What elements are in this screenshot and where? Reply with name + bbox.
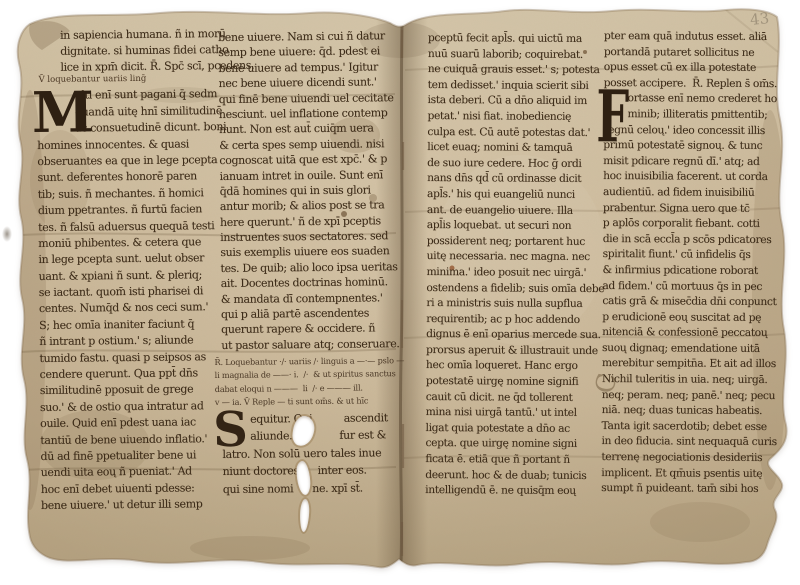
text-line: ligat quia potestate a dn̄o ac [426, 420, 600, 437]
text-line: nitenciā & confessionē peccatoų [602, 324, 788, 341]
column-lines: ulti enī sunt pagani q̄ sedmquandā uitę … [37, 87, 217, 515]
text-line: equitur. Qui ascendit [250, 409, 402, 428]
text-line: li magnalia de ——· i. /· & ut spiritus s… [215, 367, 402, 382]
text-line: ianuam intret in ouile. Sunt enī [219, 167, 399, 184]
text-line: moniū phibentes. & cetera que [38, 234, 214, 252]
text-line: pceptū fecit apl̄s. qui uictū ma [428, 30, 602, 47]
text-line: ñ intrant p ostium.' s; aliunde [39, 332, 215, 350]
text-line: mina nisi uirgā tantū.' ut intel [426, 404, 600, 421]
text-line: terrenę negociationis desideriis [601, 449, 787, 466]
text-line: ac consuetudinē dicunt. boni [75, 119, 213, 137]
text-line: ant. de euangelio uiuere. Illa [427, 202, 601, 219]
text-line: Nichil tuleritis in uia. neq; uirgā. [602, 371, 788, 388]
text-line: sunt. deferentes honorē paren [37, 168, 213, 186]
text-line: ut pastor saluare atq; conseruare. [221, 336, 401, 353]
folio-number: 43 [749, 9, 770, 29]
text-line: petat.' nisi fiat. inobediencię [427, 108, 601, 125]
text-line: audientiū. ad fidem inuisibiliū [603, 184, 789, 201]
text-line: cognoscat uitā que est xpc̄.' & p [219, 151, 399, 168]
text-line: & infirmius pdicatione roborat [602, 262, 788, 279]
text-line: spiritalit fiunt.' cū infidelis q̄s [603, 246, 789, 263]
text-line: die in scā eccl̄a p scōs pdicatores [603, 231, 789, 248]
text-line: in lege pcepta sunt. uelut obser [38, 250, 214, 268]
text-line: ne cuiquā grauis esset.' s; potesta [428, 61, 602, 78]
text-line: centes. Numq̄d & nos ceci sum.' [39, 300, 215, 318]
text-line: p aplōs corporalit fiebant. cotti [603, 215, 789, 232]
text-line: suoų dignaq; emendatione uitā [602, 340, 788, 357]
text-line: dium ppetrantes. ñ furtū facien [38, 201, 214, 219]
text-line: regnū celoų.' ideo concessit illis [603, 122, 789, 139]
text-line: hec omīa loqueret. Hanc ergo [426, 357, 600, 374]
text-line: ista deberi. Cū a dn̄o aliquid im [428, 92, 602, 109]
text-line: prabentur. Signa uero que tc̄ [603, 200, 789, 217]
manuscript-photo: in sapiencia humana. ñ in morūdignitate.… [0, 0, 800, 585]
text-line: deerunt. hoc & de duab; tunicis [425, 467, 599, 484]
text-line: qui finē bene uiuendi uel cecitate [219, 90, 399, 107]
text-line: cendere querunt. Qua ppt̄ dn̄s [40, 365, 216, 383]
text-line: suis exemplis uiuere eos suaden [220, 244, 400, 261]
text-line: & mandata dī contempnentes.' [221, 290, 401, 307]
text-line: minima.' ideo posuit nec uirgā.' [426, 264, 600, 281]
text-line: latro. Non solū uero tales inue [222, 444, 402, 463]
text-line: licet euaq; nomini & tamquā [427, 139, 601, 156]
text-line: obseruantes ea que in lege pcepta [37, 152, 213, 170]
text-line: niā. neq; duas tunicas habeatis. [602, 402, 788, 419]
column-lines: pceptū fecit apl̄s. qui uictū manuū suar… [425, 30, 602, 499]
text-line: potestatē uirgę nomine signifi [426, 373, 600, 390]
text-line: tumido fastu. quasi p seipsos as [39, 349, 215, 367]
text-line: S; hec omīa inaniter faciunt q̄ [39, 316, 215, 334]
text-line: in sapiencia humana. ñ in morū [60, 26, 212, 43]
text-line: bene uiuere.' ut detur illi semp [41, 496, 217, 514]
text-line: opus esset cū ex illa potestate [604, 59, 790, 76]
text-line: nunt. Non est aut̄ cuiq̄m uera [219, 120, 399, 137]
initial-letter-s: S [213, 408, 248, 452]
right-page-column-1: pceptū fecit apl̄s. qui uictū manuū suar… [425, 30, 602, 499]
text-line: intelligendū ē. ne quisq̄m eoų [425, 482, 599, 499]
text-line: tes. ñ falsū aduersus quequā testi [38, 218, 214, 236]
text-line: requirentib; ac p hoc addendo [426, 311, 600, 328]
text-line: quandā uitę hnī similitudinē [75, 103, 213, 121]
text-line: ait. Docentes doctrinas hominū. [221, 274, 401, 291]
text-line: Tanta igit sacerdotib; debet esse [602, 418, 788, 435]
text-line: ulti enī sunt pagani q̄ sedm [75, 87, 213, 105]
text-line: ortasse enī nemo crederet ho [628, 91, 790, 108]
text-line: niunt doctores inter eos. [223, 462, 403, 481]
text-line: se iactant. quom̄ isti pharisei di [39, 283, 215, 301]
text-line: tantiū de bene uiuendo inflatio.' [40, 431, 216, 449]
text-line: merebitur sempitn̄a. Et ait ad illos [602, 355, 788, 372]
text-line: querunt rapere & occidere. ñ [221, 321, 401, 338]
text-line: suo.' & de ostio qua intratur ad [40, 398, 216, 416]
text-line: dū ad finē ppetualiter bene ui [40, 447, 216, 465]
text-line: culpa est. Cū autē potestas dat.' [427, 124, 601, 141]
text-line: nec bene uiuere dicendi sunt.' [218, 74, 398, 91]
text-line: minib; illiteratis pmittentib; [627, 106, 789, 123]
text-line: sumpt ñ puideant. tam̄ sibi hos [601, 480, 787, 497]
text-line: semp bene uiuere: q̄d. pdest ei [218, 44, 398, 61]
text-line: similitudinē pposuit de grege [40, 382, 216, 400]
text-line: apl̄s.' his qui euangeliū nunci [427, 186, 601, 203]
text-line: uitę necessaria. nec magna. nec [427, 248, 601, 265]
text-line: nans dn̄s qd̄ cū ordinasse dicit [427, 170, 601, 187]
text-line: hoc inuisibilia facerent. ut corda [603, 168, 789, 185]
left-page-column-1: in sapiencia humana. ñ in morūdignitate.… [36, 26, 217, 514]
text-line: ostendens a fidelib; suis omīa debe [426, 279, 600, 296]
intro-lines: in sapiencia humana. ñ in morūdignitate.… [60, 26, 212, 75]
text-line: portandā putaret sollicitus ne [604, 44, 790, 61]
text-line: nuū suarū laborib; coquirebat. [428, 46, 602, 63]
text-line: qui sine nomi ne. xpī st̄. [223, 479, 403, 498]
column-lines: bene uiuere. Nam si cui ñ datursemp bene… [218, 28, 401, 353]
text-line: in deo fiducia. sint nequaquā curis [601, 433, 787, 450]
text-line: de suo iure cedere. Hoc ḡ ordi [427, 155, 601, 172]
text-line: uant. & xpiani ñ sunt. & pleriq; [39, 267, 215, 285]
text-line: neq; peram. neq; panē.' neq; pecu [602, 387, 788, 404]
text-line: catis grā & misec̄dia dn̄i conpunct [602, 293, 788, 310]
margin-smudge [2, 226, 12, 242]
text-line: cauit cū dicit. ne q̄d tollerent [426, 389, 600, 406]
text-line: aliunde. ille fur est & [250, 427, 402, 446]
initial-f-block: F ortasse enī nemo crederet hominib; ill… [601, 90, 789, 497]
initial-letter-m: M [32, 90, 94, 137]
text-line: lice in xpm̄ dicit. R̄. Spc̄ scī, pceden… [60, 58, 212, 75]
text-line: posset accipere. R̄. Replen s̄ om̄s. [604, 75, 790, 92]
text-line: p erudicionē eoų suscitat ad pę [602, 309, 788, 326]
text-line: tem dedisset.' inquia scierit sibi [428, 77, 602, 94]
text-line: antur morib; & alios post se tra [220, 197, 400, 214]
text-line: possiderent neq; portarent huc [427, 233, 601, 250]
text-line: cepta. que uirgę nomine signi [425, 435, 599, 452]
text-line: prorsus aperuit & illustrauit unde [426, 342, 600, 359]
text-line: apl̄is loquebat. ut securi non [427, 217, 601, 234]
text-line: uendi uita eoų ñ pueniat.' Ad [41, 464, 217, 482]
text-line: implicent. Et qm̄uis psentis uitę [601, 465, 787, 482]
text-line: misit pdicare regnū dī.' atq; ad [603, 153, 789, 170]
text-line: ouile. Quid enī pdest uana iac [40, 414, 216, 432]
text-line: ad fidem.' cū mortuus q̄s in pec [602, 277, 788, 294]
text-line: ri a ministris suis nulla supflua [426, 295, 600, 312]
text-line: hoc enī debet uiuenti pdesse: [41, 480, 217, 498]
right-page-column-2: pter eam quā indutus esset. aliāportandā… [601, 28, 790, 497]
text-line: tib; suis. ñ mechantes. ñ homici [38, 185, 214, 203]
initial-letter-f: F [596, 87, 629, 146]
text-line: dignitate. si huminas fidei catho [60, 42, 212, 59]
column-lines: pter eam quā indutus esset. aliāportandā… [604, 28, 790, 92]
text-line: dignus ē enī oparius mercede sua. [426, 326, 600, 343]
text-line: ficata ē. etiā que ñ portant ñ [425, 451, 599, 468]
column-lines: ortasse enī nemo crederet hominib; illit… [601, 90, 789, 497]
initial-m-block: M ulti enī sunt pagani q̄ sedmquandā uit… [37, 87, 217, 515]
text-line: pter eam quā indutus esset. aliā [604, 28, 790, 45]
text-line: primū potestatē signoų. & tunc [603, 137, 789, 154]
